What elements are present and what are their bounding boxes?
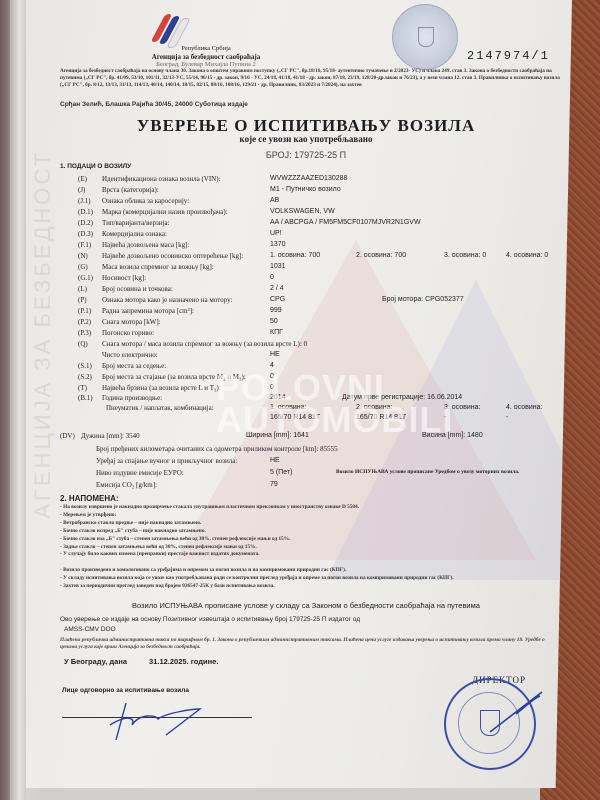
field-value: AB <box>270 197 279 204</box>
euro-compliance-note: Возило ИСПУЊАВА услове прописане Уредбом… <box>336 469 519 475</box>
field-value: 0 <box>270 274 274 281</box>
co2-label: Емисија CO₂ [g/km]: <box>96 481 157 489</box>
field-extra-value: 2. осовина: 700 <box>356 252 406 259</box>
field-label: Највеће дозвољено осовинско оптерећење [… <box>102 252 243 260</box>
laboratory-name: AMSS-CMV DOO <box>64 626 116 633</box>
certificate-document: АГЕНЦИЈА ЗА БЕЗБЕДНОСТ Република Србија … <box>26 0 572 788</box>
field-value: 1. осовина: 700 <box>270 252 320 259</box>
vertical-watermark: АГЕНЦИЈА ЗА БЕЗБЕДНОСТ <box>30 150 56 519</box>
field-label: Снага мотора / маса возила спремног за в… <box>102 340 307 348</box>
field-label: Радна запремина мотора [cm³]: <box>102 307 194 315</box>
field-value: 1031 <box>270 263 286 270</box>
odometer-text: Број пређених километара очитаних са одо… <box>96 445 338 453</box>
country-name: Република Србија <box>126 45 286 53</box>
field-code: (E) <box>78 175 87 183</box>
field-code: (P.1) <box>78 307 91 315</box>
field-code: (S.1) <box>78 362 92 370</box>
field-value: 50 <box>270 318 278 325</box>
field-label: Број осовина и точкова: <box>102 285 173 293</box>
field-code: (B.1) <box>78 394 93 402</box>
agency-name: Агенција за безбедност саобраћаја <box>126 53 286 61</box>
hologram-seal-icon <box>392 4 458 70</box>
section2-heading: 2. НАПОМЕНА: <box>60 494 119 503</box>
field-label: Погонско гориво: <box>102 329 154 337</box>
note-item: - На возилу извршено је накнадно прозирч… <box>60 504 560 512</box>
note-item: - Ветробранско стакло предње – није накн… <box>60 520 560 528</box>
axle-4-label: 4. осовина: <box>506 404 542 411</box>
field-extra-value: Број мотора: CPG052377 <box>382 296 464 303</box>
field-label: Идентификациона ознака возила (VIN): <box>102 175 221 183</box>
document-subtitle: које се увози као употребљавано <box>86 134 526 144</box>
field-value: WVWZZZAAZED130288 <box>270 175 347 182</box>
field-label: Тип/варијанта/верзија: <box>102 219 170 227</box>
field-value: 2 / 4 <box>270 285 284 292</box>
note-item: - Бочно стакло иза „Б" стуба – степен за… <box>60 536 560 544</box>
document-title: УВЕРЕЊЕ О ИСПИТИВАЊУ ВОЗИЛА <box>86 116 526 136</box>
agency-header: Република Србија Агенција за безбедност … <box>126 45 286 69</box>
dimensions-code: (DV) <box>60 432 75 440</box>
applicant-text: Срђан Зелић, Блашка Рајића 30/45, 24000 … <box>60 101 248 108</box>
place-label: У Београду, дана <box>64 657 127 666</box>
note-item: - Возило произведено и хомологовано са у… <box>60 567 560 575</box>
field-label: Маса возила спремног за вожњу [kg]: <box>102 263 214 271</box>
responsible-person-label: Лице одговорно за испитивање возила <box>62 687 189 694</box>
euro-value: 5 (Пет) <box>270 469 292 476</box>
legal-basis-text: Агенција за безбедност саобраћаја на осн… <box>60 68 560 89</box>
field-label: Врста (категорија): <box>102 186 159 194</box>
note-item: - Мерењем је утврђено: <box>60 512 560 520</box>
agency-logo-icon <box>144 14 184 44</box>
field-label: Носивост [kg]: <box>102 274 146 282</box>
field-code: (F.1) <box>78 241 91 249</box>
field-code: (G) <box>78 263 88 271</box>
field-label: Број места за седење: <box>102 362 166 370</box>
field-extra-value: 3. осовина: 0 <box>444 252 486 259</box>
field-label: Највећа дозвољена маса [kg]: <box>102 241 189 249</box>
note-item: - У складу испитивања возила која се уво… <box>60 575 560 583</box>
note-item: - Захтев за периодични преглед заведен п… <box>60 583 560 591</box>
field-label: Чисто електрично: <box>102 351 158 359</box>
axle-4-tyre: - <box>506 414 508 421</box>
field-code: (D.2) <box>78 219 93 227</box>
plastic-sleeve <box>10 0 26 800</box>
field-extra-value: 4. осовина: 0 <box>506 252 548 259</box>
conclusion-text: Возило ИСПУЊАВА прописане услове у склад… <box>86 601 526 610</box>
fee-note: Плаћена републичка административна такса… <box>60 637 560 651</box>
field-code: (D.1) <box>78 208 93 216</box>
place-date: У Београду, дана31.12.2025. године. <box>64 657 218 666</box>
field-label: Снага мотора [kW]: <box>102 318 161 326</box>
basis-text: Ово уверење се издаје на основу Позитивн… <box>60 616 360 623</box>
length-value: Дужина [mm]: 3540 <box>81 432 140 440</box>
field-label: Комерцијална ознака: <box>102 230 167 238</box>
field-code: (Q) <box>78 340 88 348</box>
document-number: БРОЈ: 179725-25 П <box>86 150 526 160</box>
field-value: CPG <box>270 296 285 303</box>
field-label: Ознака мотора како је назначено на мотор… <box>102 296 232 304</box>
field-code: (P.3) <box>78 329 91 337</box>
field-value: AA / ABCPGA / FM5FM5CF0107MJVR2N1GVW <box>270 219 421 226</box>
field-value: VOLKSWAGEN, VW <box>270 208 335 215</box>
note-item: - У случају било каквих измена (преправк… <box>60 551 560 559</box>
field-code: (T) <box>78 384 87 392</box>
tyres-label: Пнеуматик / наплатак, комбинација: <box>106 404 214 412</box>
watermark-line2: AUTOMOBILI <box>216 404 453 436</box>
field-value: M1 - Путничко возило <box>270 186 341 193</box>
field-code: (S.2) <box>78 373 92 381</box>
field-value: 999 <box>270 307 282 314</box>
note-item: - Бочно стакло испред „Б" стуба – није н… <box>60 528 560 536</box>
field-code: (J.1) <box>78 197 91 205</box>
coupling-label: Уређај за спајање вучног и прикључног во… <box>96 457 237 465</box>
euro-label: Ниво издувне емисије ЕУРО: <box>96 469 184 477</box>
signature-icon <box>96 695 206 745</box>
director-signature-icon <box>486 688 546 738</box>
field-code: (J) <box>78 186 85 194</box>
field-label: Највећа брзина (за возила врсте L и T₃): <box>102 384 221 392</box>
field-value: 1370 <box>270 241 286 248</box>
field-code: (D.3) <box>78 230 93 238</box>
section1-heading: 1. ПОДАЦИ О ВОЗИЛУ <box>60 163 131 170</box>
field-label: Марка (комерцијални назив произвођача): <box>102 208 228 216</box>
field-code: (G.1) <box>78 274 93 282</box>
serial-number: 2147974/1 <box>467 49 550 63</box>
field-code: (N) <box>78 252 88 260</box>
field-label: Ознака облика за каросерију: <box>102 197 189 205</box>
field-code: (L) <box>78 285 87 293</box>
co2-value: 79 <box>270 481 278 488</box>
field-label: Година производње: <box>102 394 162 402</box>
field-code: (P.2) <box>78 318 91 326</box>
issue-date: 31.12.2025. године. <box>149 657 218 666</box>
coupling-value: НЕ <box>270 457 280 464</box>
notes-list: - На возилу извршено је накнадно прозирч… <box>60 504 560 591</box>
field-value: НЕ <box>270 351 280 358</box>
field-value: КПГ <box>270 329 283 336</box>
field-value: UP! <box>270 230 282 237</box>
field-code: (P) <box>78 296 87 304</box>
polovni-automobili-watermark: POLOVNI AUTOMOBILI <box>216 372 453 436</box>
